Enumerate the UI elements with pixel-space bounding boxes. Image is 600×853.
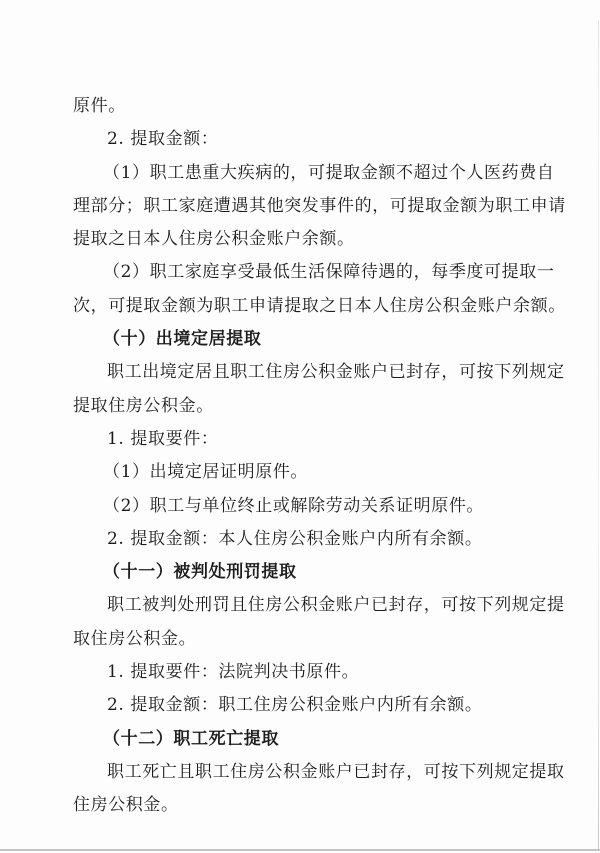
section-heading: （十一）被判处刑罚提取 xyxy=(73,556,533,589)
text-line-paragraph: 职工死亡且职工住房公积金账户已封存，可按下列规定提取 xyxy=(73,756,533,789)
section-heading: （十二）职工死亡提取 xyxy=(73,723,533,756)
text-line-continuation: 取住房公积金。 xyxy=(73,623,533,656)
scan-edge-bottom xyxy=(0,849,600,851)
text-line-subitem: （1）职工患重大疾病的，可提取金额不超过个人医药费自 xyxy=(73,157,533,190)
text-line-continuation: 提取住房公积金。 xyxy=(73,390,533,423)
text-line-subitem: （2）职工家庭享受最低生活保障待遇的，每季度可提取一 xyxy=(73,256,533,289)
section-heading: （十）出境定居提取 xyxy=(73,323,533,356)
text-line-continuation: 原件。 xyxy=(73,90,533,123)
text-line-item: 2. 提取金额：本人住房公积金账户内所有余额。 xyxy=(73,523,533,556)
text-line-continuation: 理部分；职工家庭遭遇其他突发事件的，可提取金额为职工申请 xyxy=(73,190,533,223)
text-line-continuation: 次，可提取金额为职工申请提取之日本人住房公积金账户余额。 xyxy=(73,290,533,323)
scan-edge-right xyxy=(598,20,599,850)
text-line-item: 1. 提取要件：法院判决书原件。 xyxy=(73,656,533,689)
text-line-item: 2. 提取金额：职工住房公积金账户内所有余额。 xyxy=(73,689,533,722)
scanned-document-page: 原件。 2. 提取金额： （1）职工患重大疾病的，可提取金额不超过个人医药费自 … xyxy=(0,0,600,853)
text-line-item: 1. 提取要件： xyxy=(73,423,533,456)
text-line-paragraph: 职工被判处刑罚且住房公积金账户已封存，可按下列规定提 xyxy=(73,589,533,622)
document-body: 原件。 2. 提取金额： （1）职工患重大疾病的，可提取金额不超过个人医药费自 … xyxy=(73,90,533,823)
text-line-paragraph: 职工出境定居且职工住房公积金账户已封存，可按下列规定 xyxy=(73,356,533,389)
text-line-item: 2. 提取金额： xyxy=(73,123,533,156)
text-line-subitem: （2）职工与单位终止或解除劳动关系证明原件。 xyxy=(73,490,533,523)
text-line-subitem: （1）出境定居证明原件。 xyxy=(73,456,533,489)
text-line-continuation: 住房公积金。 xyxy=(73,789,533,822)
text-line-continuation: 提取之日本人住房公积金账户余额。 xyxy=(73,223,533,256)
